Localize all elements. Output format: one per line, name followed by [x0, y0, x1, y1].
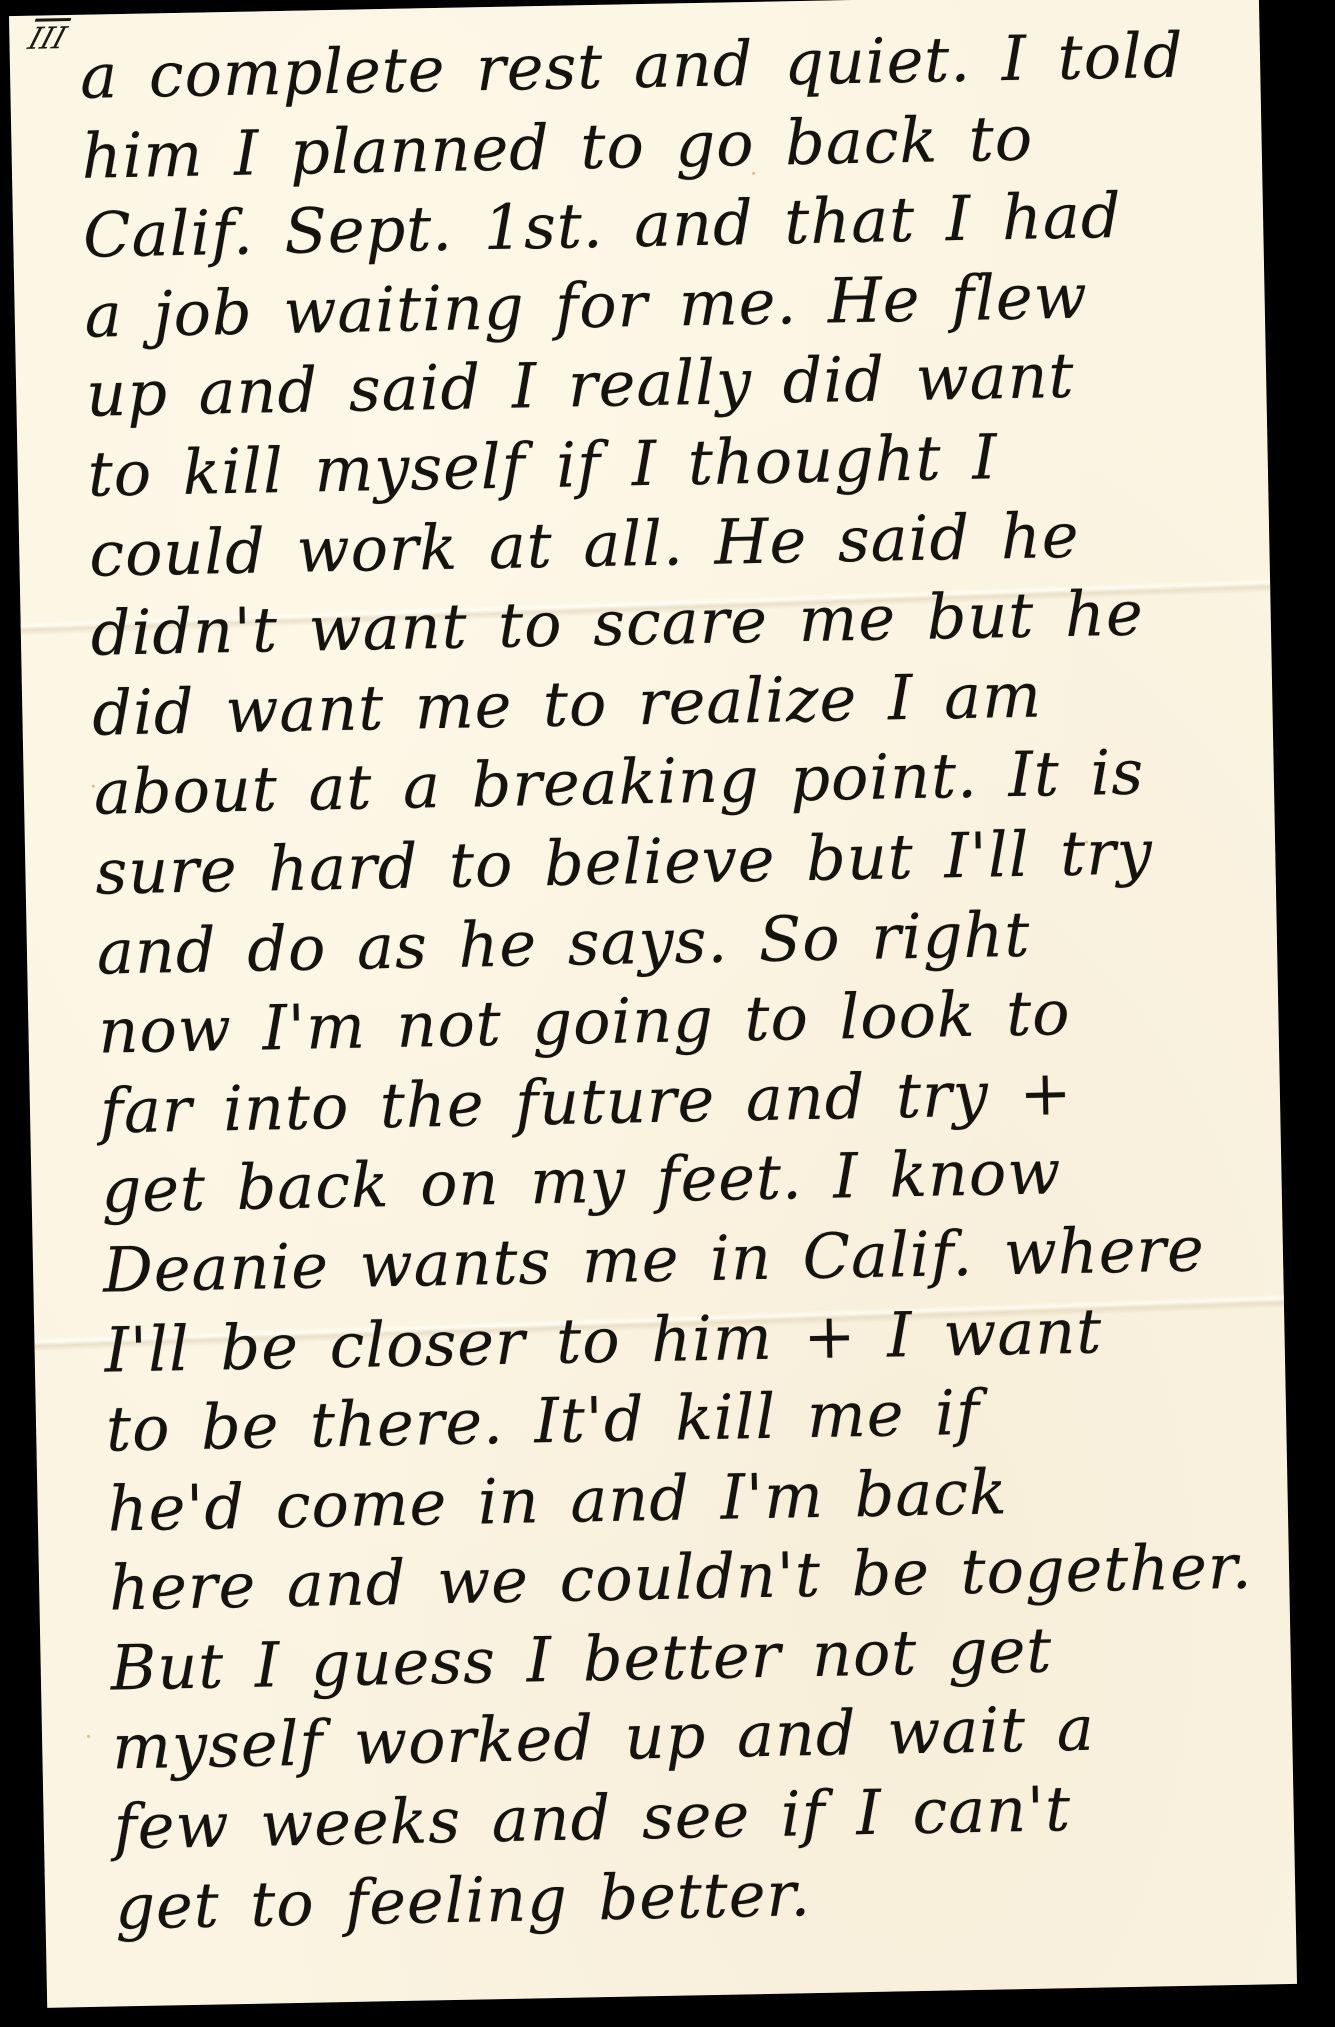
- page-number: III: [24, 21, 70, 57]
- letter-page: III a complete rest and quiet. I told hi…: [9, 0, 1297, 2008]
- letter-body: a complete rest and quiet. I told him I …: [79, 15, 1265, 1947]
- paper-speck: [87, 1735, 90, 1738]
